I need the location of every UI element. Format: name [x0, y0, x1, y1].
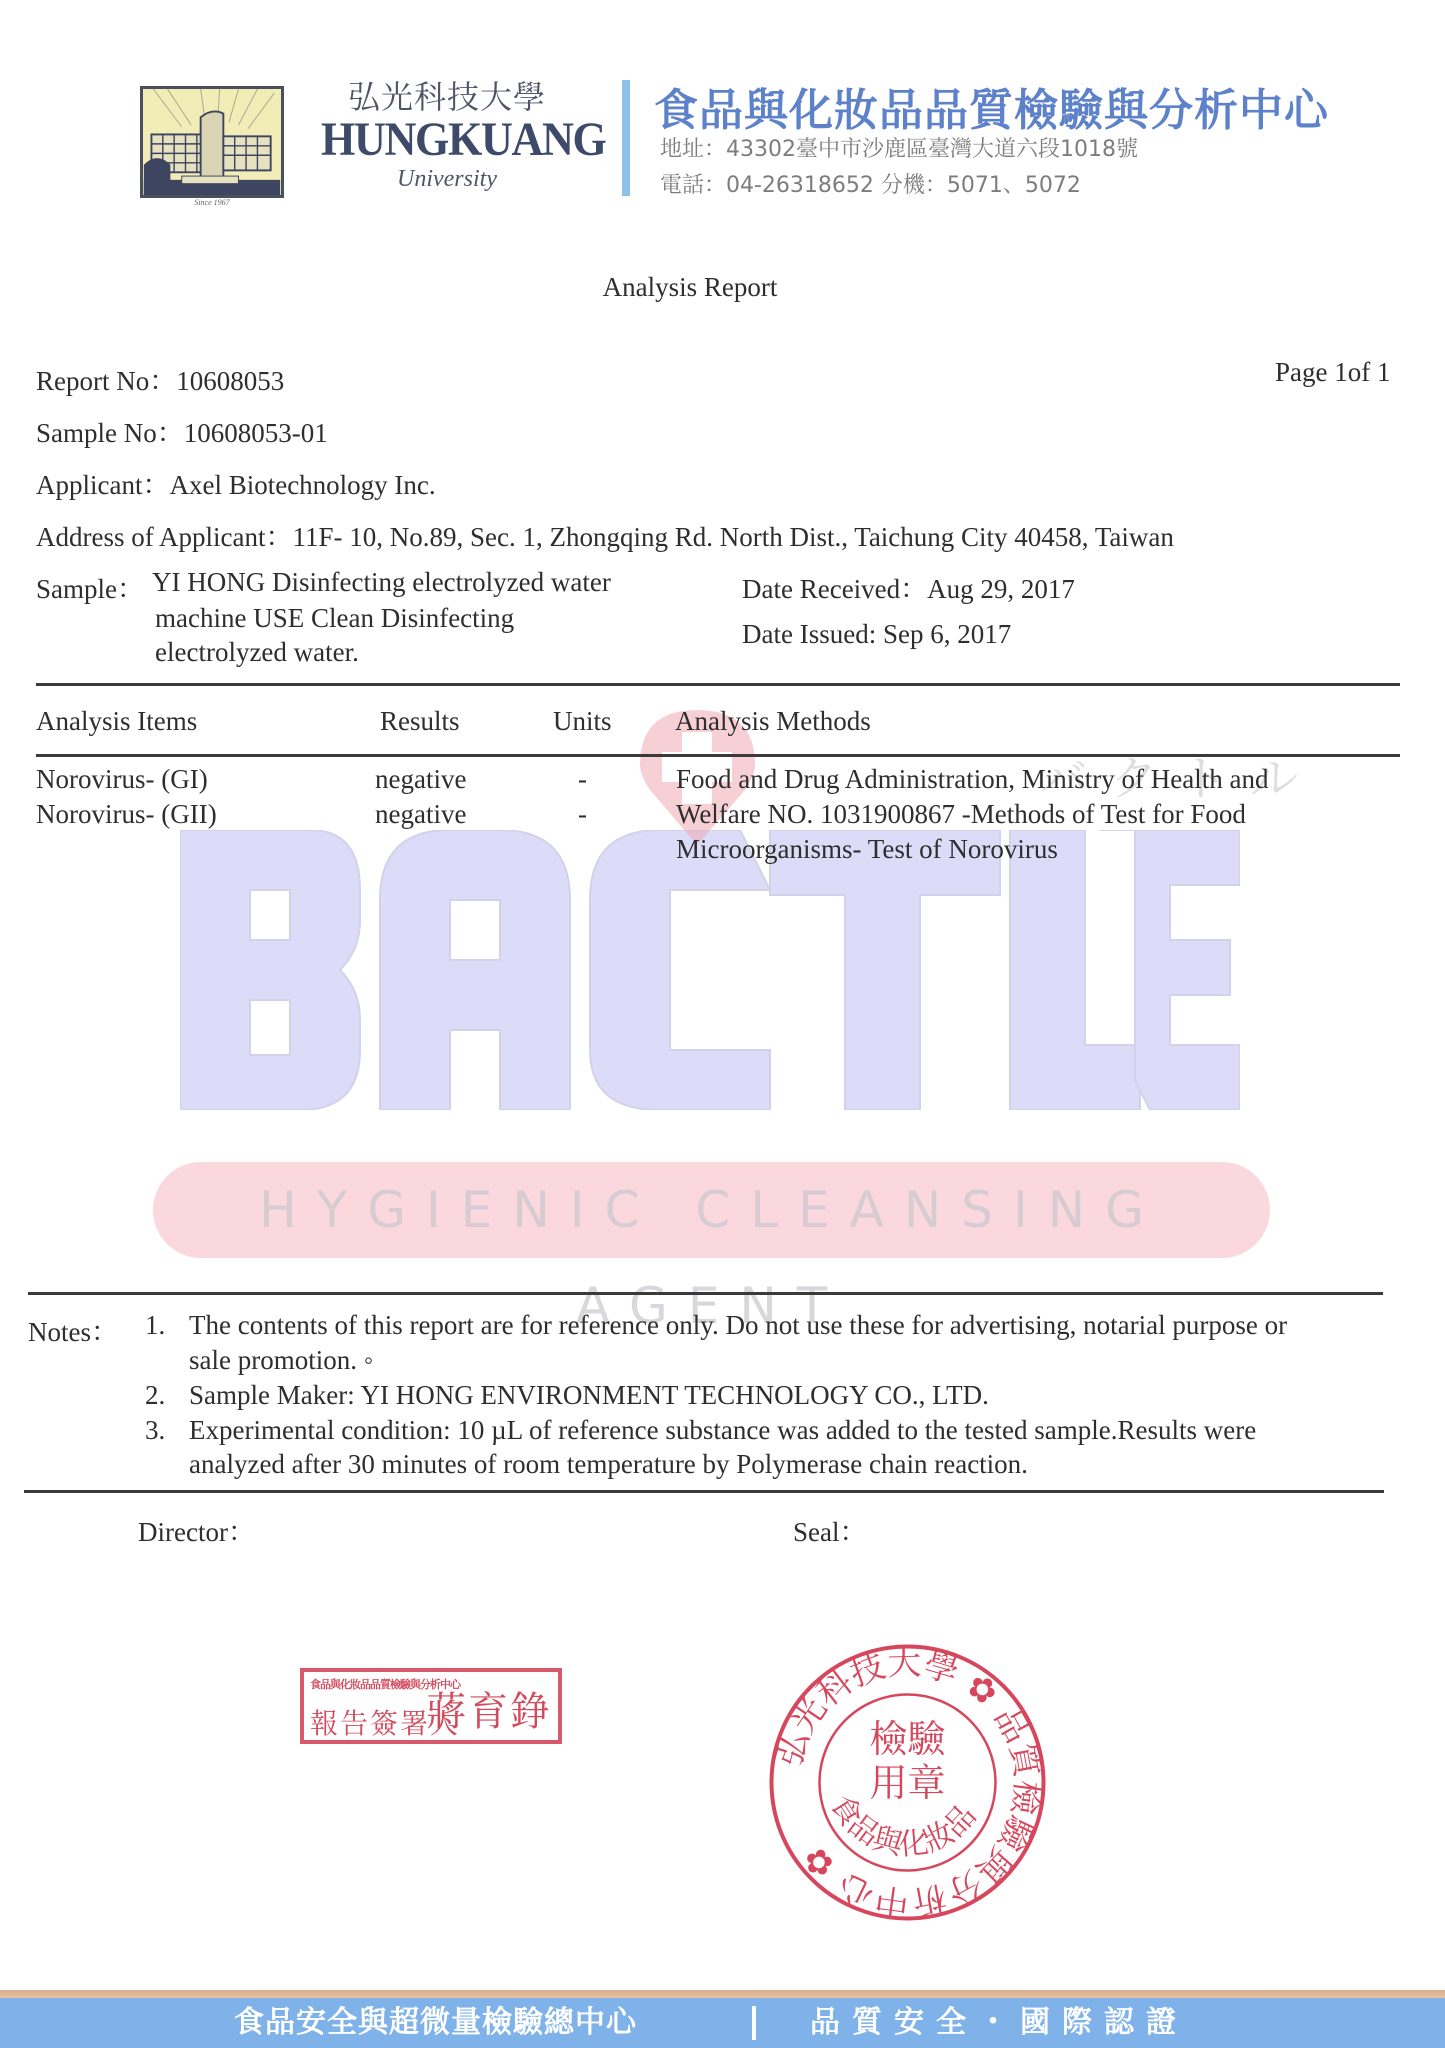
footer-banner: 食品安全與超微量檢驗總中心 品質安全・國際認證 — [0, 1998, 1445, 2048]
sample-label: Sample： — [36, 567, 144, 606]
header-divider-bar — [622, 80, 630, 196]
seal-center-bottom: 用章 — [869, 1761, 945, 1805]
director-signature-stamp: 食品與化妝品品質檢驗與分析中心 報告簽署人 蔣育錚 — [300, 1668, 562, 1744]
analysis-result: negative — [375, 799, 466, 830]
analysis-result: negative — [375, 764, 466, 795]
notes-bottom-divider — [24, 1490, 1384, 1493]
analysis-method-line: Food and Drug Administration, Ministry o… — [676, 764, 1268, 795]
director-label: Director： — [138, 1510, 255, 1549]
note-text: sale promotion. ◦ — [189, 1345, 373, 1376]
note-text: The contents of this report are for refe… — [189, 1310, 1287, 1341]
sample-description-line: machine USE Clean Disinfecting — [155, 603, 514, 634]
center-address: 地址：43302臺中市沙鹿區臺灣大道六段1018號 — [660, 132, 1138, 163]
notes-label: Notes： — [28, 1310, 118, 1349]
analysis-method-line: Microorganisms- Test of Norovirus — [676, 834, 1058, 865]
report-title: Analysis Report — [0, 272, 1380, 303]
note-number: 1. — [145, 1310, 165, 1341]
seal-center-top: 檢驗 — [869, 1717, 946, 1761]
footer-accent-stripe — [0, 1990, 1445, 1998]
note-number: 3. — [145, 1415, 165, 1446]
column-header-units: Units — [553, 706, 612, 737]
analysis-item: Norovirus- (GI) — [36, 764, 208, 795]
column-header-items: Analysis Items — [36, 706, 197, 737]
official-seal-stamp: 弘光科技大學 ✿ 品質檢驗與分析中心 ✿ 檢驗 用章 食品與化妝品 — [765, 1640, 1050, 1925]
footer-right-text: 品質安全・國際認證 — [810, 1998, 1188, 2048]
analysis-unit: - — [578, 799, 587, 830]
center-name: 食品與化妝品品質檢驗與分析中心 — [654, 74, 1329, 138]
note-text: analyzed after 30 minutes of room temper… — [189, 1449, 1028, 1480]
notes-top-divider — [28, 1292, 1383, 1295]
university-subtitle: University — [312, 166, 582, 193]
center-telephone: 電話：04-26318652 分機：5071、5072 — [660, 168, 1081, 199]
section-divider — [36, 683, 1400, 686]
sample-description-line: YI HONG Disinfecting electrolyzed water — [152, 567, 611, 598]
analysis-item: Norovirus- (GII) — [36, 799, 217, 830]
table-header-divider — [36, 754, 1400, 757]
university-name-english: HUNGKUANG — [321, 112, 575, 167]
applicant-address: Address of Applicant：11F- 10, No.89, Sec… — [36, 515, 1174, 554]
university-logo — [140, 86, 284, 198]
note-number: 2. — [145, 1380, 165, 1411]
page-indicator: Page 1of 1 — [1275, 357, 1390, 388]
report-number: Report No：10608053 — [36, 359, 284, 398]
sample-number: Sample No：10608053-01 — [36, 411, 328, 450]
stamp-signer-name: 蔣育錚 — [426, 1680, 552, 1737]
note-text: Experimental condition: 10 µL of referen… — [189, 1415, 1256, 1446]
bactle-watermark-logo — [180, 830, 1240, 1110]
tagline-watermark: HYGIENIC CLEANSING AGENT — [153, 1162, 1270, 1258]
applicant: Applicant：Axel Biotechnology Inc. — [36, 463, 436, 502]
footer-separator — [752, 2006, 756, 2040]
analysis-method-line: Welfare NO. 1031900867 -Methods of Test … — [676, 799, 1246, 830]
footer-left-text: 食品安全與超微量檢驗總中心 — [234, 1998, 637, 2048]
analysis-unit: - — [578, 764, 587, 795]
date-received: Date Received：Aug 29, 2017 — [742, 567, 1075, 606]
logo-since-caption: Since 1967 — [140, 198, 284, 207]
building-illustration-icon — [143, 89, 281, 195]
column-header-methods: Analysis Methods — [675, 706, 871, 737]
date-issued: Date Issued: Sep 6, 2017 — [742, 619, 1011, 650]
seal-label: Seal： — [793, 1510, 867, 1549]
note-text: Sample Maker: YI HONG ENVIRONMENT TECHNO… — [189, 1380, 989, 1411]
column-header-results: Results — [380, 706, 460, 737]
sample-description-line: electrolyzed water. — [155, 637, 359, 668]
